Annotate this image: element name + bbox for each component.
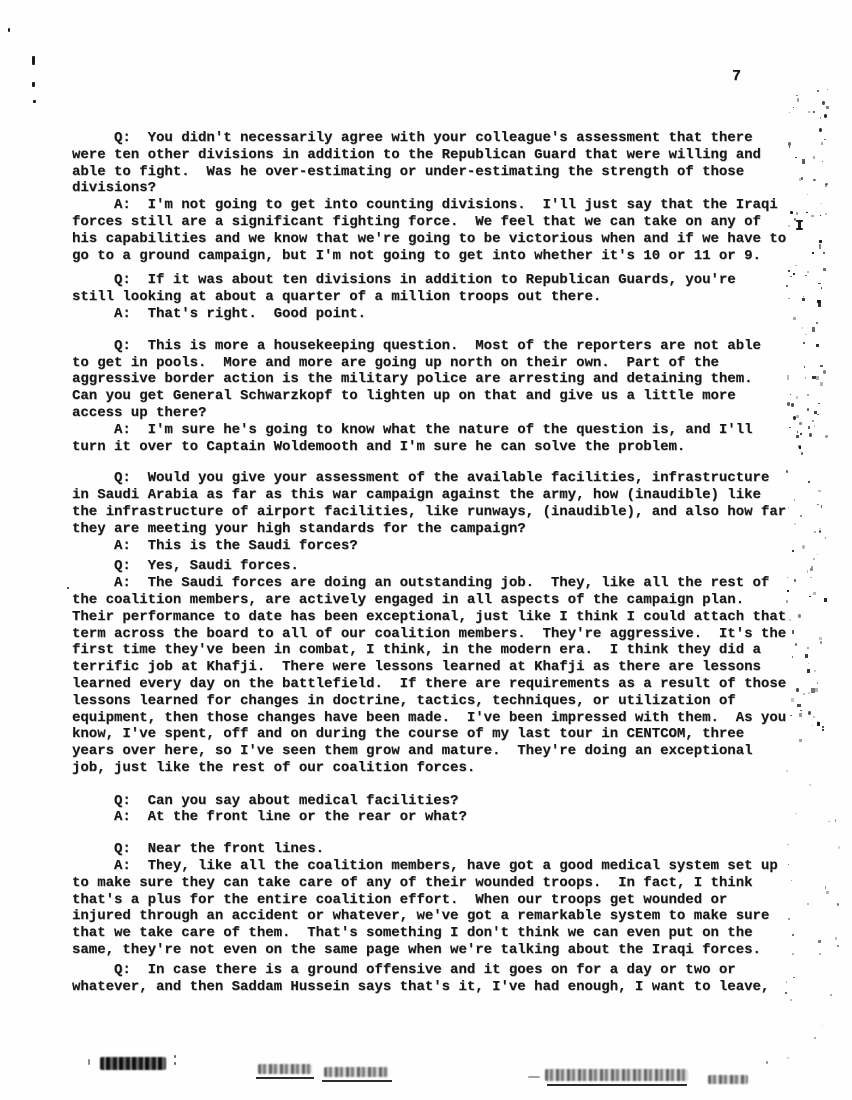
- scan-mark: [547, 1084, 687, 1086]
- scan-mark: [32, 82, 35, 87]
- stamp-smudge: [324, 1067, 388, 1077]
- scan-mark: [256, 1077, 314, 1079]
- scan-mark: [32, 56, 35, 65]
- scan-mark: [8, 28, 10, 32]
- stamp-smudge: [100, 1057, 166, 1070]
- scan-mark: [33, 100, 36, 103]
- qa-paragraph: Q: Yes, Saudi forces. A: The Saudi force…: [72, 558, 808, 776]
- transcript-body: Q: You didn't necessarily agree with you…: [72, 130, 808, 995]
- qa-paragraph: Q: Near the front lines. A: They, like a…: [72, 841, 808, 959]
- scanned-transcript-page: 7 Q: You didn't necessarily agree with y…: [0, 0, 852, 1100]
- qa-paragraph: Q: In case there is a ground offensive a…: [72, 962, 808, 996]
- qa-paragraph: Q: Would you give your assessment of the…: [72, 470, 808, 554]
- qa-paragraph: Q: This is more a housekeeping question.…: [72, 338, 808, 456]
- scan-mark: [174, 1055, 176, 1058]
- stamp-smudge: [258, 1064, 312, 1074]
- stamp-smudge: [545, 1069, 688, 1081]
- scan-mark: [174, 1062, 176, 1065]
- scan-mark: [322, 1080, 392, 1082]
- scan-mark: [766, 1061, 768, 1064]
- stamp-smudge: [708, 1075, 748, 1084]
- qa-paragraph: Q: If it was about ten divisions in addi…: [72, 272, 808, 322]
- scan-mark: [528, 1076, 540, 1078]
- qa-paragraph: Q: Can you say about medical facilities?…: [72, 793, 808, 827]
- qa-paragraph: Q: You didn't necessarily agree with you…: [72, 130, 808, 264]
- scan-mark: [88, 1059, 90, 1065]
- scan-mark: [67, 587, 69, 589]
- page-number: 7: [732, 68, 741, 86]
